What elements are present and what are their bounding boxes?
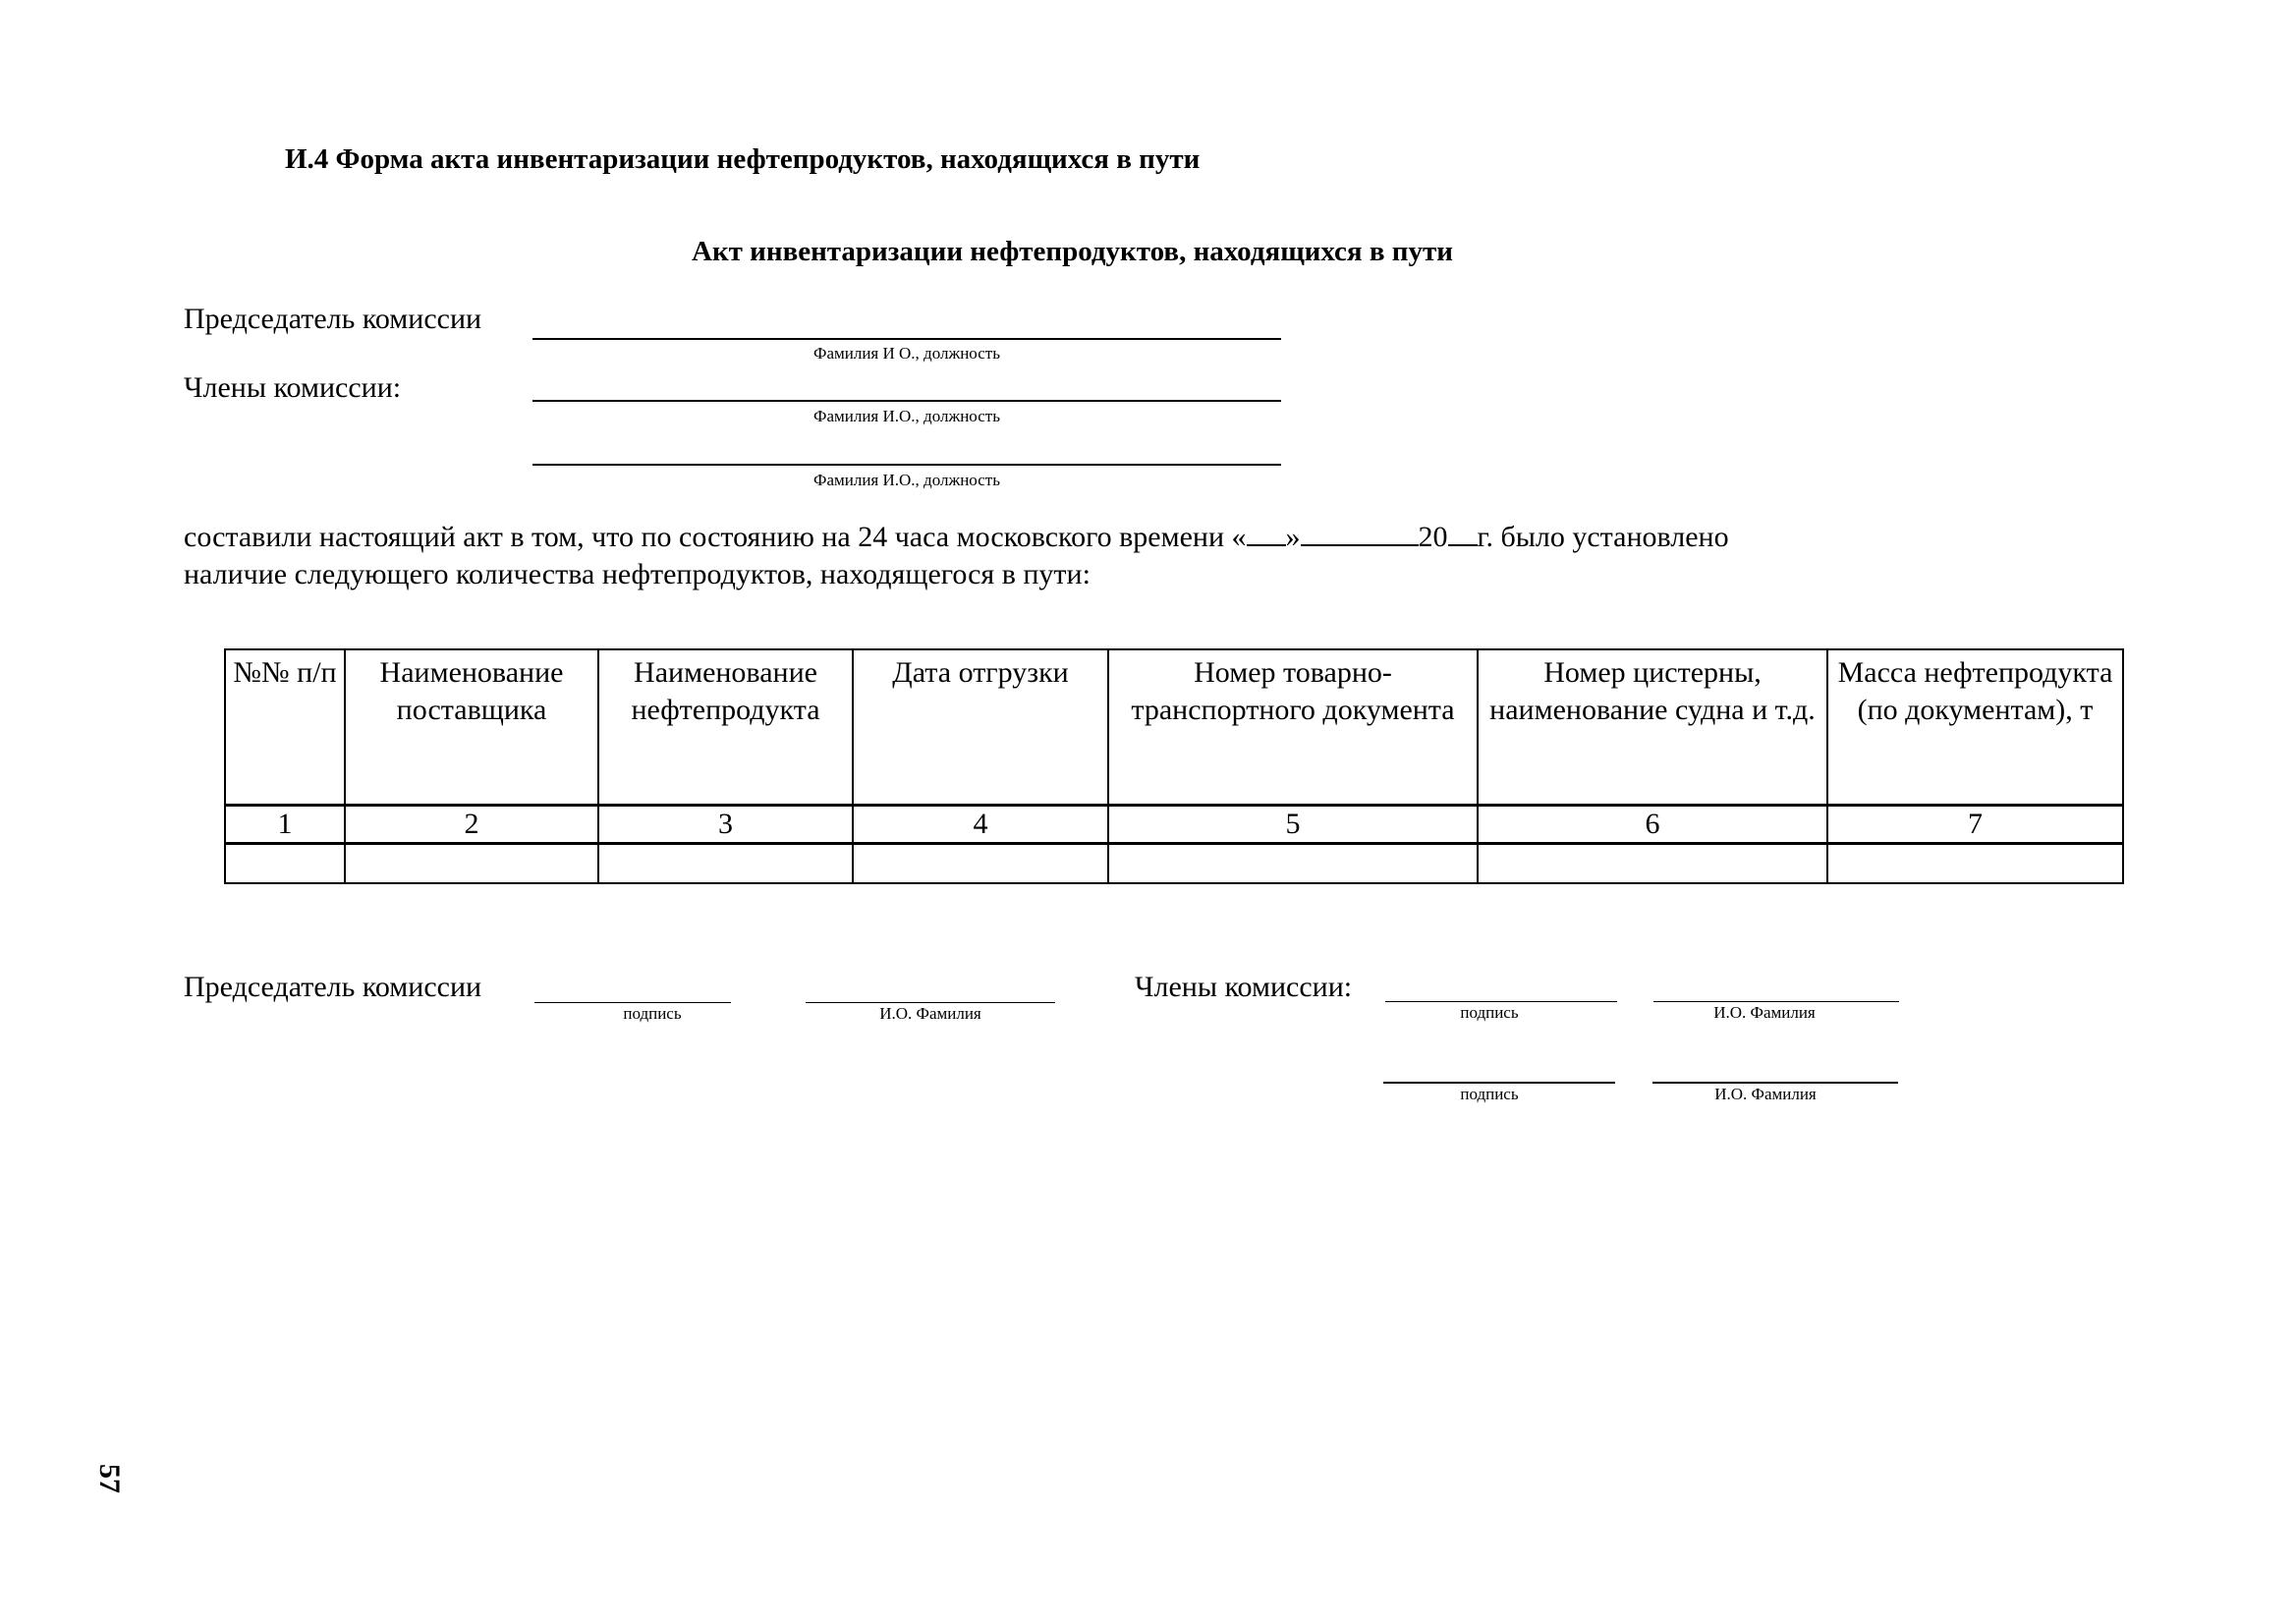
statement-line-2: наличие следующего количества нефтепроду… [184,558,1091,591]
act-title: Акт инвентаризации нефтепродуктов, наход… [692,236,1453,268]
table-cell[interactable] [1827,844,2123,884]
section-heading: И.4 Форма акта инвентаризации нефтепроду… [285,143,1200,176]
column-number: 6 [1478,806,1827,844]
member-1-signature-caption: подпись [1385,1003,1594,1023]
chairman-name-field[interactable] [532,338,1281,340]
member-2-name-caption: И.О. Фамилия [1652,1085,1878,1104]
header-mass: Масса нефтепродукта (по документам), т [1827,649,2123,806]
header-number: №№ п/п [225,649,345,806]
signature-members-label: Члены комиссии: [1135,971,1352,1004]
header-shipment-date: Дата отгрузки [853,649,1108,806]
statement-text-before-date: составили настоящий акт в том, что по со… [184,521,1247,553]
header-supplier: Наименование поставщика [345,649,598,806]
chairman-label: Председатель комиссии [184,303,481,336]
column-number: 7 [1827,806,2123,844]
chairman-signature-field[interactable] [534,1002,731,1003]
column-number-row: 1 2 3 4 5 6 7 [225,806,2123,844]
quote-close: » [1286,521,1301,553]
member-2-name-signature-field[interactable] [1652,1082,1898,1084]
month-field[interactable] [1301,519,1419,546]
chairman-name-caption: И.О. Фамилия [806,1004,1055,1024]
table-cell[interactable] [598,844,853,884]
member-1-signature-field[interactable] [1385,1001,1617,1002]
member-2-signature-field[interactable] [1383,1082,1615,1084]
table-row [225,844,2123,884]
inventory-table: №№ п/п Наименование поставщика Наименова… [224,648,2124,884]
table-header-row: №№ п/п Наименование поставщика Наименова… [225,649,2123,806]
member-1-name-caption: И.О. Фамилия [1653,1003,1875,1023]
members-label: Члены комиссии: [184,371,401,405]
member-1-caption: Фамилия И.О., должность [532,407,1281,426]
column-number: 4 [853,806,1108,844]
member-1-name-field[interactable] [532,400,1281,402]
year-prefix: 20 [1419,521,1448,553]
member-1-name-signature-field[interactable] [1653,1001,1899,1002]
chairman-signature-caption: подпись [534,1004,770,1024]
column-number: 5 [1108,806,1478,844]
member-2-name-field[interactable] [532,464,1281,466]
table-cell[interactable] [853,844,1108,884]
year-field[interactable] [1448,519,1478,546]
member-2-caption: Фамилия И.О., должность [532,471,1281,490]
statement-text-after-date: г. было установлено [1478,521,1729,553]
member-2-signature-caption: подпись [1383,1085,1595,1104]
day-field[interactable] [1247,519,1286,546]
page-number: 57 [92,1464,126,1493]
statement-line-1: составили настоящий акт в том, что по со… [184,519,1729,554]
signature-chairman-label: Председатель комиссии [184,971,481,1004]
header-product: Наименование нефтепродукта [598,649,853,806]
column-number: 1 [225,806,345,844]
column-number: 2 [345,806,598,844]
table-cell[interactable] [225,844,345,884]
column-number: 3 [598,806,853,844]
header-tank-vessel: Номер цистерны, наименование судна и т.д… [1478,649,1827,806]
header-waybill-number: Номер товарно-транспортного документа [1108,649,1478,806]
table-cell[interactable] [1478,844,1827,884]
table-cell[interactable] [345,844,598,884]
table-cell[interactable] [1108,844,1478,884]
chairman-name-signature-field[interactable] [806,1002,1055,1003]
chairman-caption: Фамилия И О., должность [532,344,1281,364]
